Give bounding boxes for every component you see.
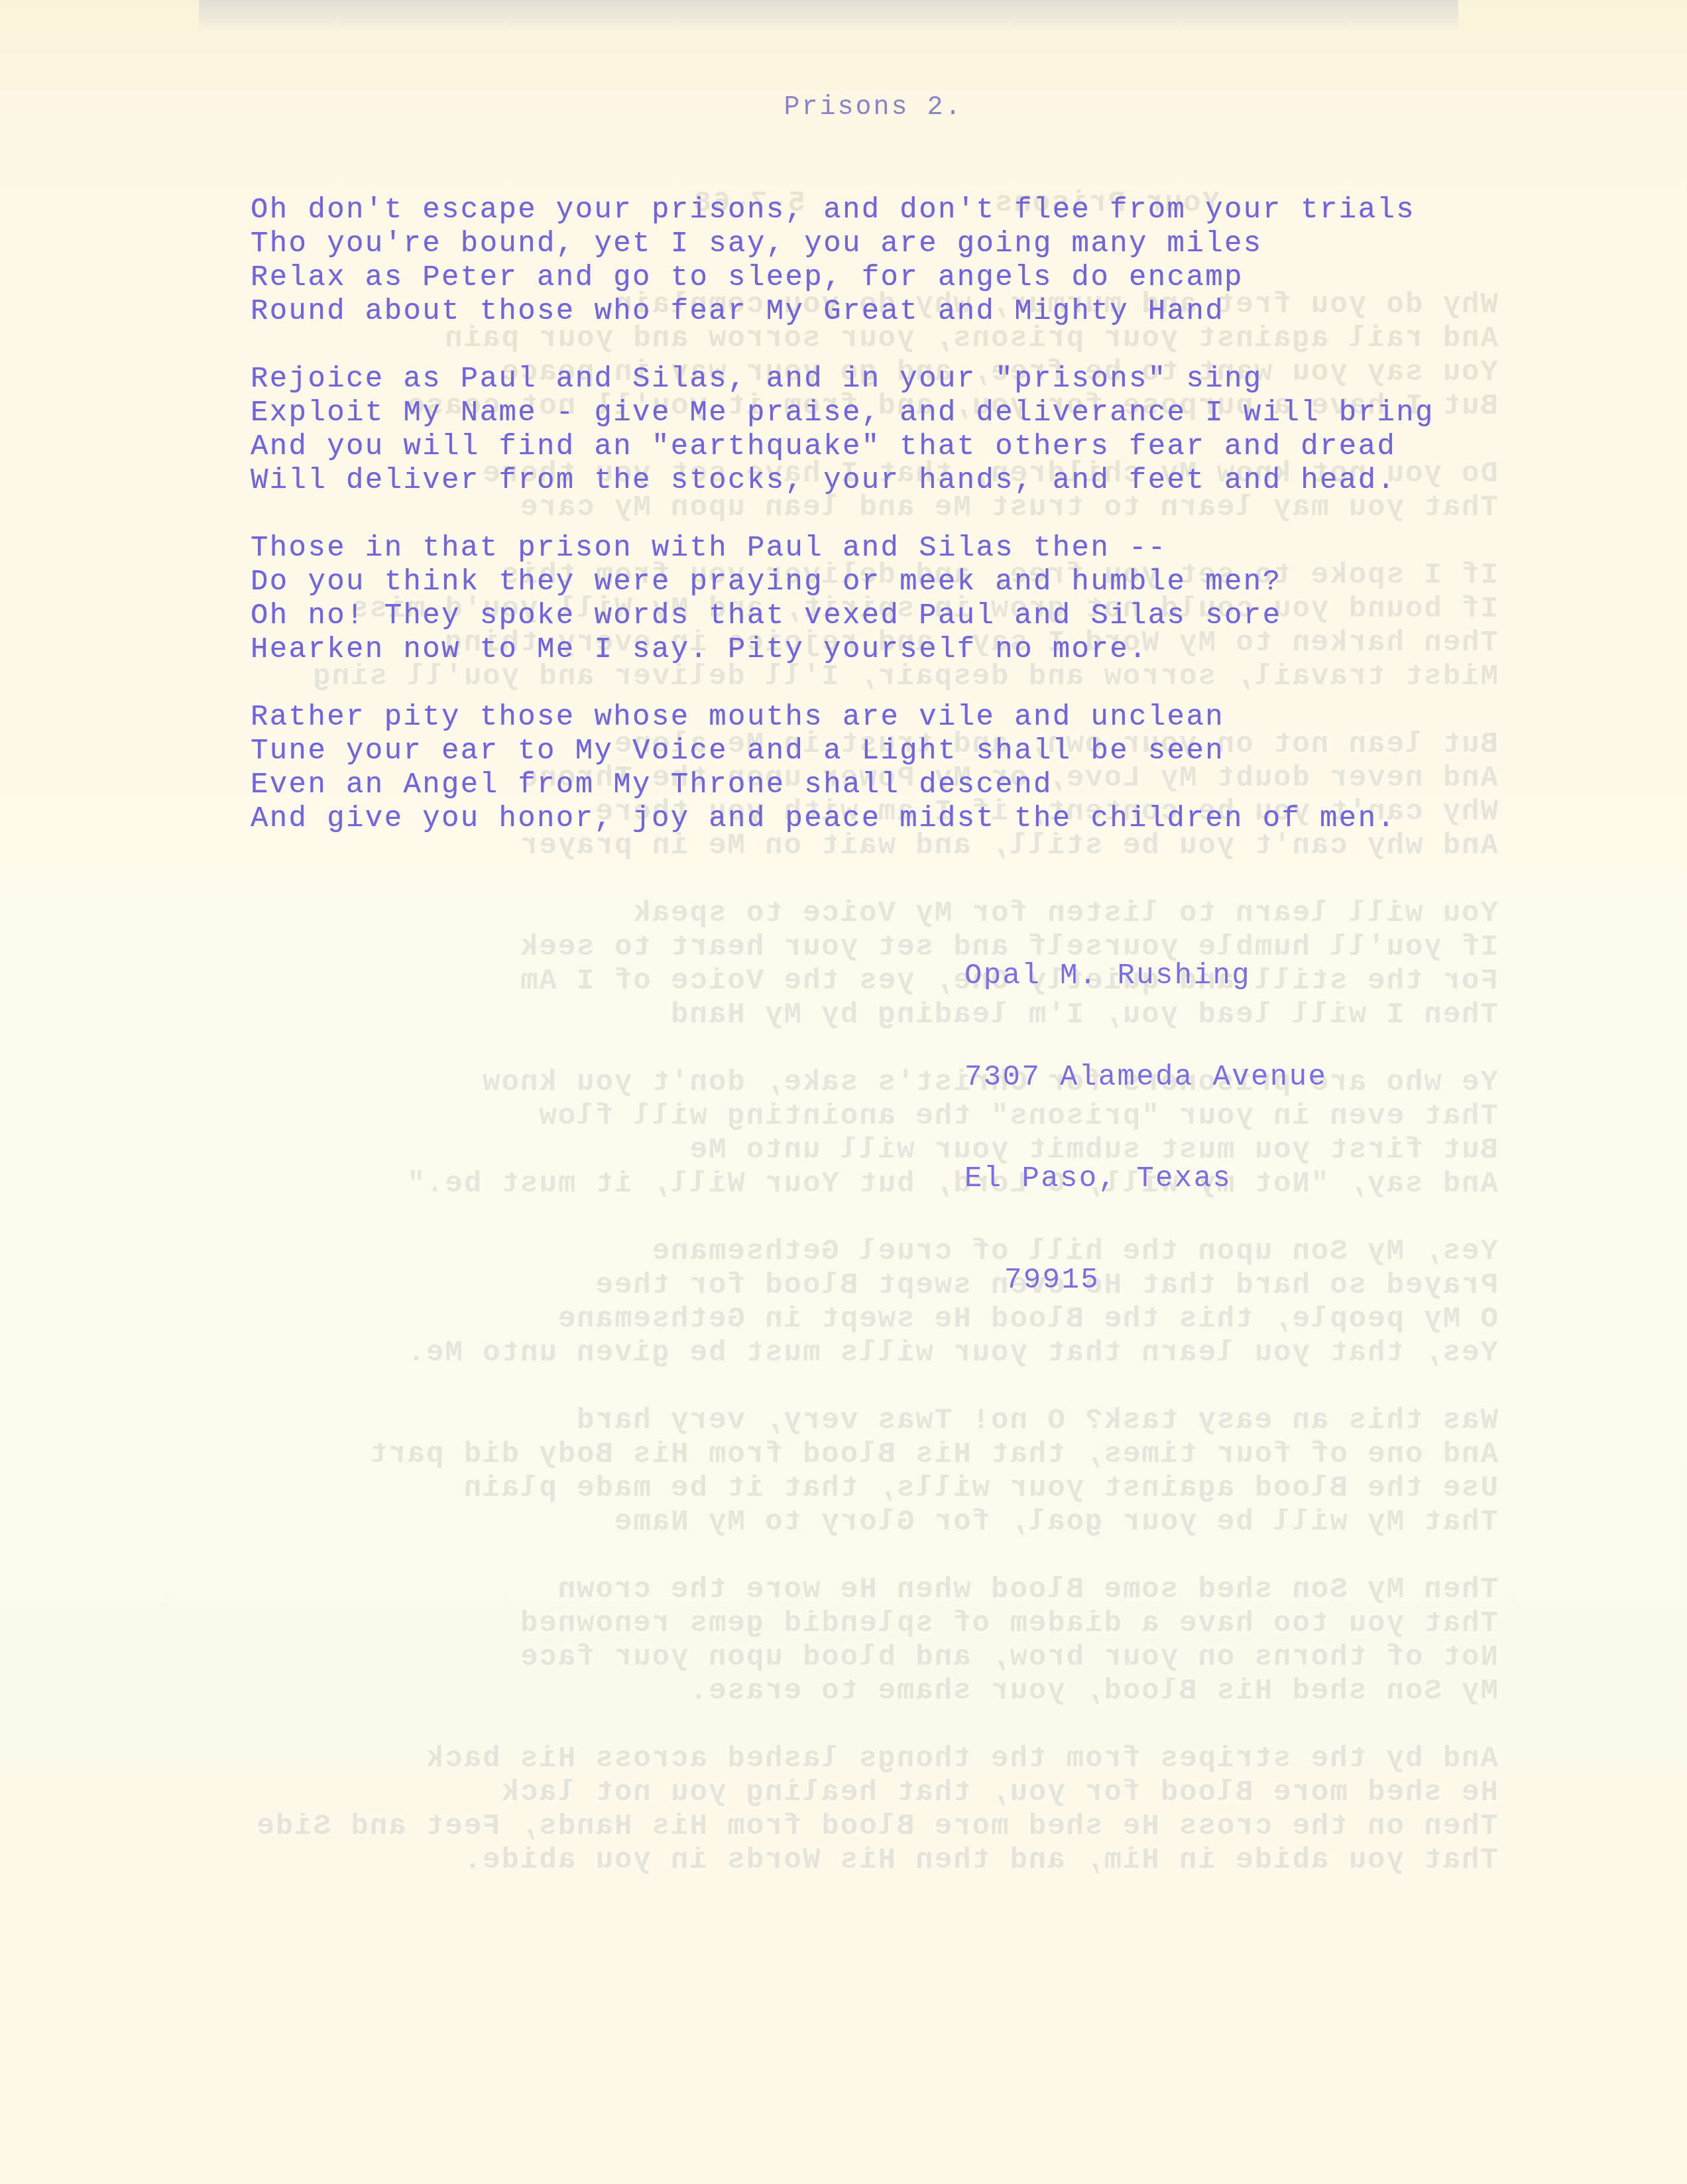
poem-line: Oh don't escape your prisons, and don't … — [251, 194, 1434, 227]
zip-code: 79915 — [964, 1264, 1327, 1298]
author-name: Opal M. Rushing — [964, 959, 1327, 993]
poem-line: Hearken now to Me I say. Pity yourself n… — [251, 633, 1434, 667]
poem-line: Round about those who fear My Great and … — [251, 295, 1434, 329]
bleed-through-line: That you abide in Him, and then His Word… — [239, 1844, 1498, 1878]
bleed-through-line: He shed more Blood for you, that healing… — [239, 1776, 1498, 1810]
bleed-through-line: And one of four times, that His Blood fr… — [239, 1438, 1498, 1472]
top-edge-stain — [199, 0, 1458, 33]
poem-line: Will deliver from the stocks, your hands… — [251, 464, 1434, 498]
bleed-through-line: Was this an easy task? O no! Twas very, … — [239, 1404, 1498, 1438]
bleed-through-line: Not of thorns on your brow, and blood up… — [239, 1641, 1498, 1675]
poem-line: Relax as Peter and go to sleep, for ange… — [251, 261, 1434, 295]
poem-line: Even an Angel from My Throne shall desce… — [251, 768, 1434, 802]
poem-line: Rejoice as Paul and Silas, and in your "… — [251, 363, 1434, 396]
signature-block: Opal M. Rushing 7307 Alameda Avenue El P… — [964, 892, 1327, 1331]
bleed-through-line: Use the Blood against your wills, that i… — [239, 1472, 1498, 1506]
bleed-through-line: Then My Son shed some Blood when He wore… — [239, 1573, 1498, 1607]
street-address: 7307 Alameda Avenue — [964, 1061, 1327, 1095]
bleed-through-line: And by the stripes from the thongs lashe… — [239, 1742, 1498, 1776]
poem-line: And give you honor, joy and peace midst … — [251, 802, 1434, 836]
stanza: Rejoice as Paul and Silas, and in your "… — [251, 363, 1434, 498]
poem-body: Oh don't escape your prisons, and don't … — [251, 194, 1434, 870]
poem-line: And you will find an "earthquake" that o… — [251, 430, 1434, 464]
stanza: Rather pity those whose mouths are vile … — [251, 701, 1434, 836]
stanza: Oh don't escape your prisons, and don't … — [251, 194, 1434, 329]
poem-line: Rather pity those whose mouths are vile … — [251, 701, 1434, 735]
poem-line: Tune your ear to My Voice and a Light sh… — [251, 735, 1434, 768]
bleed-through-line: That you too have a diadem of splendid g… — [239, 1607, 1498, 1641]
poem-line: Those in that prison with Paul and Silas… — [251, 532, 1434, 566]
document-title: Prisons — [784, 93, 909, 123]
poem-line: Exploit My Name - give Me praise, and de… — [251, 396, 1434, 430]
bleed-through-stanza: Was this an easy task? O no! Twas very, … — [239, 1404, 1498, 1540]
page-header: Prisons 2. — [0, 93, 1687, 123]
bleed-through-line: My Son shed His Blood, your shame to era… — [239, 1675, 1498, 1709]
bleed-through-stanza: Then My Son shed some Blood when He wore… — [239, 1573, 1498, 1709]
poem-line: Tho you're bound, yet I say, you are goi… — [251, 227, 1434, 261]
poem-line: Do you think they were praying or meek a… — [251, 566, 1434, 599]
stanza: Those in that prison with Paul and Silas… — [251, 532, 1434, 667]
bleed-through-line: That My will be your goal, for Glory to … — [239, 1506, 1498, 1540]
bleed-through-line: Then on the cross He shed more Blood fro… — [239, 1810, 1498, 1844]
bleed-through-line: Yes, that you learn that your wills must… — [239, 1337, 1498, 1370]
poem-line: Oh no! They spoke words that vexed Paul … — [251, 599, 1434, 633]
city-state: El Paso, Texas — [964, 1162, 1327, 1196]
bleed-through-stanza: And by the stripes from the thongs lashe… — [239, 1742, 1498, 1878]
page-number: 2. — [927, 93, 963, 123]
